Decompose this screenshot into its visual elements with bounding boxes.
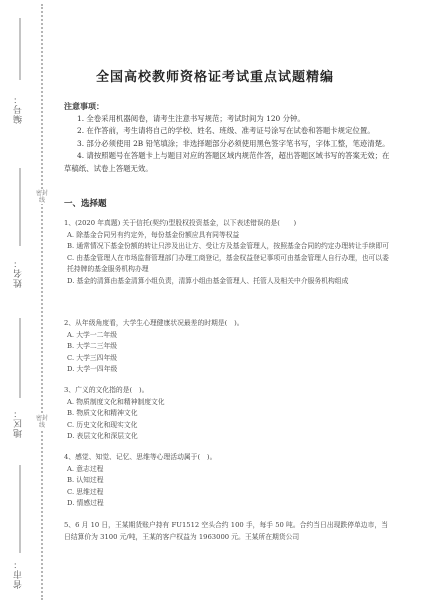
question-option: B. 大学二三年级 bbox=[64, 341, 394, 353]
seal-dashed-line bbox=[41, 4, 43, 600]
margin-rule bbox=[19, 18, 21, 80]
document-title: 全国高校教师资格证考试重点试题精编 bbox=[96, 66, 356, 85]
question-option: D. 情感过程 bbox=[64, 498, 394, 510]
question-option: C. 历史文化和现实文化 bbox=[64, 420, 394, 432]
margin-label-region: 地区： bbox=[9, 402, 29, 444]
question-option: D. 表层文化和深层文化 bbox=[64, 431, 394, 443]
notice-item: 4. 请按照题号在答题卡上与题目对应的答题区域内规范作答，超出答题区域书写的答案… bbox=[64, 150, 394, 175]
margin-label-number: 编号： bbox=[9, 88, 29, 130]
question-1: 1、(2020 年真题) 关于信托(契约)型股权投资基金，以下表述错误的是( )… bbox=[64, 218, 394, 287]
margin-label-province: 省市： bbox=[9, 553, 29, 595]
question-option: C. 由基金管理人在市场监督管理部门办理工商登记，基金权益登记事项可由基金管理人… bbox=[64, 253, 394, 276]
question-option: A. 大学一二年级 bbox=[64, 330, 394, 342]
question-option: B. 物质文化和精神文化 bbox=[64, 408, 394, 420]
question-option: D. 大学一四年级 bbox=[64, 364, 394, 376]
question-option: C. 思维过程 bbox=[64, 487, 394, 499]
question-option: C. 大学三四年级 bbox=[64, 353, 394, 365]
question-option: A. 意志过程 bbox=[64, 464, 394, 476]
seal-line-label: 密封线 bbox=[36, 190, 48, 204]
notice-item: 2. 在作答前，考生请将自己的学校、姓名、班级、准考证号涂写在试卷和答题卡规定位… bbox=[64, 125, 394, 138]
question-2: 2、从年级角度看，大学生心理健康状况最差的时期是( )。 A. 大学一二年级 B… bbox=[64, 318, 394, 376]
section-heading: 一、选择题 bbox=[64, 197, 107, 209]
margin-label-name: 姓名： bbox=[9, 252, 29, 294]
margin-rule bbox=[19, 168, 21, 246]
notice-block: 注意事项： 1. 全卷采用机器阅卷，请考生注意书写规范；考试时间为 120 分钟… bbox=[64, 100, 394, 175]
notice-item: 1. 全卷采用机器阅卷，请考生注意书写规范；考试时间为 120 分钟。 bbox=[64, 113, 394, 126]
question-option: A. 除基金合同另有约定外，每份基金份额应具有同等权益 bbox=[64, 230, 394, 242]
question-option: B. 认知过程 bbox=[64, 475, 394, 487]
question-3: 3、广义的文化指的是( )。 A. 物质制度文化和精神制度文化 B. 物质文化和… bbox=[64, 385, 394, 443]
notice-heading: 注意事项： bbox=[64, 100, 394, 113]
exam-page: 编号： 姓名： 地区： 省市： 密封线 密封线 全国高校教师资格证考试重点试题精… bbox=[0, 0, 424, 600]
margin-rule bbox=[19, 318, 21, 398]
margin-rule bbox=[19, 465, 21, 553]
seal-line-label: 密封线 bbox=[36, 415, 48, 429]
question-option: B. 通常情况下基金份额的转让只涉及出让方、受让方及基金管理人，按照基金合同的约… bbox=[64, 241, 394, 253]
question-stem: 5、6 月 10 日，王某期货账户持有 FU1512 空头合约 100 手，每手… bbox=[64, 520, 394, 543]
notice-item: 3. 部分必须使用 2B 铅笔填涂；非选择题部分必须使用黑色签字笔书写，字体工整… bbox=[64, 138, 394, 151]
question-stem: 1、(2020 年真题) 关于信托(契约)型股权投资基金，以下表述错误的是( ) bbox=[64, 218, 394, 230]
question-option: D. 基金的清算由基金清算小组负责，清算小组由基金管理人、托管人及相关中介服务机… bbox=[64, 276, 394, 288]
question-stem: 4、感觉、知觉、记忆、思维等心理活动属于( )。 bbox=[64, 452, 394, 464]
question-option: A. 物质制度文化和精神制度文化 bbox=[64, 397, 394, 409]
question-4: 4、感觉、知觉、记忆、思维等心理活动属于( )。 A. 意志过程 B. 认知过程… bbox=[64, 452, 394, 510]
question-stem: 3、广义的文化指的是( )。 bbox=[64, 385, 394, 397]
question-5: 5、6 月 10 日，王某期货账户持有 FU1512 空头合约 100 手，每手… bbox=[64, 520, 394, 543]
question-stem: 2、从年级角度看，大学生心理健康状况最差的时期是( )。 bbox=[64, 318, 394, 330]
